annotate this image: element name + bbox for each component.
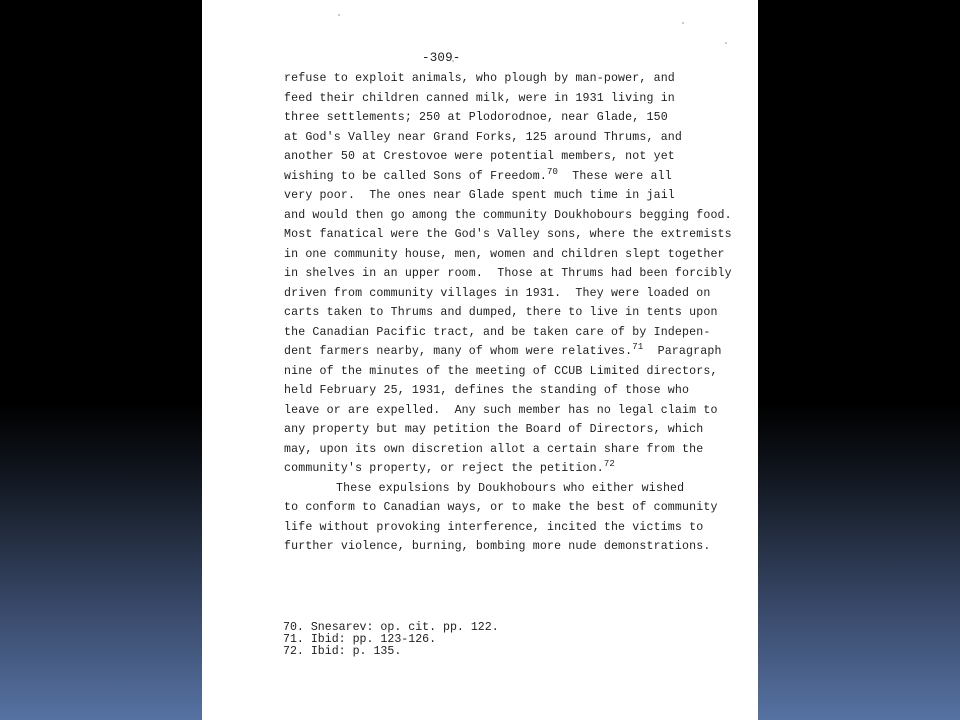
text-line: further violence, burning, bombing more … [284, 537, 732, 557]
text-line-content: at God's Valley near Grand Forks, 125 ar… [284, 131, 682, 144]
text-line-content: community's property, or reject the peti… [284, 462, 604, 475]
scan-speck [725, 42, 727, 44]
text-line: nine of the minutes of the meeting of CC… [284, 362, 732, 382]
text-line-content: may, upon its own discretion allot a cer… [284, 443, 703, 456]
text-line-content: and would then go among the community Do… [284, 209, 732, 222]
text-line: community's property, or reject the peti… [284, 459, 732, 479]
text-line: refuse to exploit animals, who plough by… [284, 69, 732, 89]
text-line: dent farmers nearby, many of whom were r… [284, 342, 732, 362]
text-line: to conform to Canadian ways, or to make … [284, 498, 732, 518]
text-line-continuation: These were all [558, 170, 672, 183]
text-line: wishing to be called Sons of Freedom.70 … [284, 167, 732, 187]
scan-speck [338, 14, 340, 16]
text-line: Most fanatical were the God's Valley son… [284, 225, 732, 245]
text-line-content: another 50 at Crestovoe were potential m… [284, 150, 675, 163]
text-line-content: refuse to exploit animals, who plough by… [284, 72, 675, 85]
text-line-continuation: Paragraph [643, 345, 721, 358]
text-line: any property but may petition the Board … [284, 420, 732, 440]
text-line-content: driven from community villages in 1931. … [284, 287, 710, 300]
text-line-content: very poor. The ones near Glade spent muc… [284, 189, 675, 202]
footnote-marker: 72 [604, 459, 615, 469]
document-body-text: refuse to exploit animals, who plough by… [284, 69, 732, 557]
text-line: at God's Valley near Grand Forks, 125 ar… [284, 128, 732, 148]
text-line: in shelves in an upper room. Those at Th… [284, 264, 732, 284]
text-line: feed their children canned milk, were in… [284, 89, 732, 109]
page-number: -309- [422, 51, 461, 65]
footnotes: 70. Snesarev: op. cit. pp. 122.71. Ibid:… [283, 622, 499, 658]
footnote-marker: 71 [632, 342, 643, 352]
text-line: may, upon its own discretion allot a cer… [284, 440, 732, 460]
text-line-content: three settlements; 250 at Plodorodnoe, n… [284, 111, 668, 124]
scan-speck [682, 22, 684, 24]
text-line-content: Most fanatical were the God's Valley son… [284, 228, 732, 241]
text-line-content: to conform to Canadian ways, or to make … [284, 501, 718, 514]
text-line-content: nine of the minutes of the meeting of CC… [284, 365, 718, 378]
text-line-content: dent farmers nearby, many of whom were r… [284, 345, 632, 358]
text-line: carts taken to Thrums and dumped, there … [284, 303, 732, 323]
text-line: three settlements; 250 at Plodorodnoe, n… [284, 108, 732, 128]
text-line: the Canadian Pacific tract, and be taken… [284, 323, 732, 343]
text-line: leave or are expelled. Any such member h… [284, 401, 732, 421]
text-line: in one community house, men, women and c… [284, 245, 732, 265]
text-line-content: leave or are expelled. Any such member h… [284, 404, 718, 417]
text-line: another 50 at Crestovoe were potential m… [284, 147, 732, 167]
text-line-content: wishing to be called Sons of Freedom. [284, 170, 547, 183]
text-line-content: carts taken to Thrums and dumped, there … [284, 306, 718, 319]
text-line-content: These expulsions by Doukhobours who eith… [336, 482, 684, 495]
footnote-marker: 70 [547, 167, 558, 177]
text-line-content: held February 25, 1931, defines the stan… [284, 384, 689, 397]
text-line: driven from community villages in 1931. … [284, 284, 732, 304]
text-line-content: in one community house, men, women and c… [284, 248, 725, 261]
text-line: life without provoking interference, inc… [284, 518, 732, 538]
text-line-content: feed their children canned milk, were in… [284, 92, 675, 105]
text-line-content: the Canadian Pacific tract, and be taken… [284, 326, 710, 339]
text-line-content: further violence, burning, bombing more … [284, 540, 710, 553]
footnote-entry: 72. Ibid: p. 135. [283, 646, 499, 658]
text-line-content: life without provoking interference, inc… [284, 521, 703, 534]
text-line: held February 25, 1931, defines the stan… [284, 381, 732, 401]
text-line-content: any property but may petition the Board … [284, 423, 703, 436]
text-line: and would then go among the community Do… [284, 206, 732, 226]
text-line-content: in shelves in an upper room. Those at Th… [284, 267, 732, 280]
text-line: very poor. The ones near Glade spent muc… [284, 186, 732, 206]
text-line: These expulsions by Doukhobours who eith… [284, 479, 732, 499]
